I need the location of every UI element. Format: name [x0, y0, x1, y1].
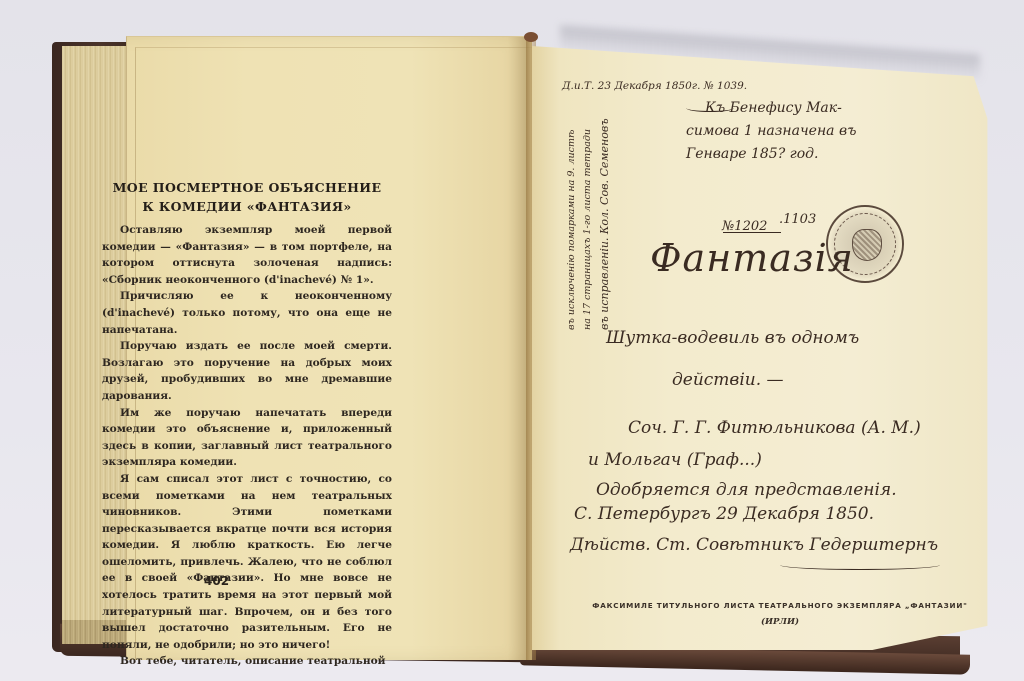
paragraph: Поручаю издать ее после моей смерти. Воз… — [102, 338, 392, 404]
note-top-right-line-2: симова 1 назначена въ — [686, 123, 856, 139]
place-date: С. Петербургъ 29 Декабря 1850. — [574, 504, 874, 524]
page-number: 402 — [204, 574, 229, 588]
vertical-note-2: на 17 страницахъ 1-го листа тетради — [582, 129, 593, 330]
spine-headband — [524, 32, 538, 42]
note-top-right-line-3: Генваре 185? год. — [686, 146, 818, 162]
play-title: Фантазія — [650, 236, 854, 280]
open-book-photo: МОЕ ПОСМЕРТНОЕ ОБЪЯСНЕНИЕ К КОМЕДИИ «ФАН… — [0, 0, 1024, 681]
authors-line-1: Соч. Г. Г. Фитюльникова (А. М.) — [628, 418, 921, 438]
inventory-number: .1103 — [779, 212, 816, 227]
facsimile-caption: ФАКСИМИЛЕ ТИТУЛЬНОГО ЛИСТА ТЕАТРАЛЬНОГО … — [580, 601, 980, 610]
approval-line: Одобряется для представленія. — [596, 480, 897, 500]
subtitle-line-2: действіи. — — [672, 370, 784, 390]
flourish-mark — [686, 104, 734, 112]
subtitle-line-1: Шутка-водевиль въ одномъ — [606, 328, 859, 348]
vertical-note-1: въ исключенію помарками на 9. листѣ — [566, 130, 577, 330]
registry-note: Д.и.Т. 23 Декабря 1850г. № 1039. — [562, 80, 747, 92]
paragraph: Им же поручаю напечатать впереди комедии… — [102, 405, 392, 471]
paragraph: Причисляю ее к неоконченному (d'inachevé… — [102, 288, 392, 338]
left-page-text: МОЕ ПОСМЕРТНОЕ ОБЪЯСНЕНИЕ К КОМЕДИИ «ФАН… — [102, 178, 392, 670]
caption-source: (ИРЛИ) — [580, 617, 980, 627]
strikethrough-line — [723, 232, 781, 233]
heading-line-1: МОЕ ПОСМЕРТНОЕ ОБЪЯСНЕНИЕ — [102, 178, 392, 197]
vertical-note-3: въ исправленіи. Кол. Сов. Семеновъ — [598, 118, 611, 330]
censor-signature: Дѣйств. Ст. Совѣтникъ Гедерштернъ — [570, 535, 938, 555]
paragraph: Оставляю экземпляр моей первой комедии —… — [102, 222, 392, 288]
heading-line-2: К КОМЕДИИ «ФАНТАЗИЯ» — [102, 197, 392, 216]
paragraph: Я сам списал этот лист с точностию, со в… — [102, 471, 392, 654]
authors-line-2: и Мольгач (Граф...) — [588, 450, 762, 470]
stamp-crest-icon — [852, 229, 882, 261]
paragraph: Вот тебе, читатель, описание театральной — [102, 653, 392, 670]
chapter-heading: МОЕ ПОСМЕРТНОЕ ОБЪЯСНЕНИЕ К КОМЕДИИ «ФАН… — [102, 178, 392, 216]
signature-flourish — [780, 560, 940, 570]
